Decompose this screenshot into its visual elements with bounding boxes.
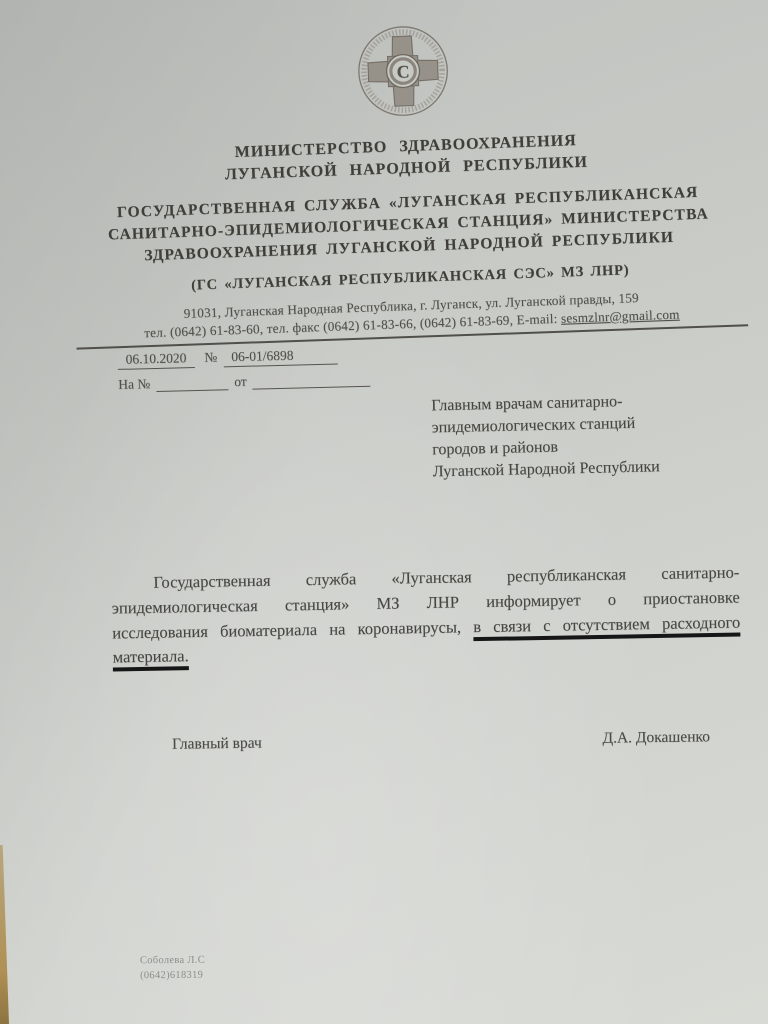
reply-date-blank <box>253 373 371 390</box>
signer-name: Д.А. Докашенко <box>602 728 710 747</box>
reply-from-label: от <box>234 374 247 389</box>
signature-block: Главный врач Д.А. Докашенко <box>172 728 710 754</box>
reference-block: 06.10.2020№06-01/6898 На №от <box>117 344 438 400</box>
table-edge <box>0 845 9 1024</box>
ministry-name: МИНИСТЕРСТВО ЗДРАВООХРАНЕНИЯ ЛУГАНСКОЙ Н… <box>70 124 743 191</box>
number-sign: № <box>204 349 217 364</box>
reply-label: На № <box>118 376 150 392</box>
service-name: ГОСУДАРСТВЕННАЯ СЛУЖБА «ЛУГАНСКАЯ РЕСПУБ… <box>72 180 746 269</box>
letter-date: 06.10.2020 <box>117 350 194 370</box>
executor-phone: (0642)618319 <box>140 968 205 984</box>
letter-number: 06-01/6898 <box>223 347 338 368</box>
emblem-center-letter: С <box>396 61 410 81</box>
underlined-phrase-part-1: в связи с отсутствием расходного <box>473 612 740 641</box>
email-address: sesmzlnr@gmail.com <box>561 307 680 326</box>
signer-title: Главный врач <box>172 735 262 754</box>
reply-row: На №от <box>118 369 438 393</box>
body-line-3-plain: исследования биоматериала на коронавирус… <box>112 617 473 642</box>
reply-number-blank <box>156 376 228 392</box>
outgoing-row: 06.10.2020№06-01/6898 <box>117 344 437 370</box>
executor-name: Соболева Л.С <box>140 953 205 969</box>
photographed-letter: С МИНИСТЕРСТВО ЗДРАВООХРАНЕНИЯ ЛУГАНСКОЙ… <box>0 0 768 1024</box>
executor-block: Соболева Л.С (0642)618319 <box>140 953 205 984</box>
underlined-phrase-part-2: материала. <box>113 646 189 671</box>
letterhead: С МИНИСТЕРСТВО ЗДРАВООХРАНЕНИЯ ЛУГАНСКОЙ… <box>66 12 749 349</box>
letter-body: Государственная служба «Луганская респуб… <box>111 561 741 671</box>
addressee-block: Главным врачам санитарно- эпидемиологиче… <box>431 389 733 483</box>
emblem-logo: С <box>354 22 451 119</box>
